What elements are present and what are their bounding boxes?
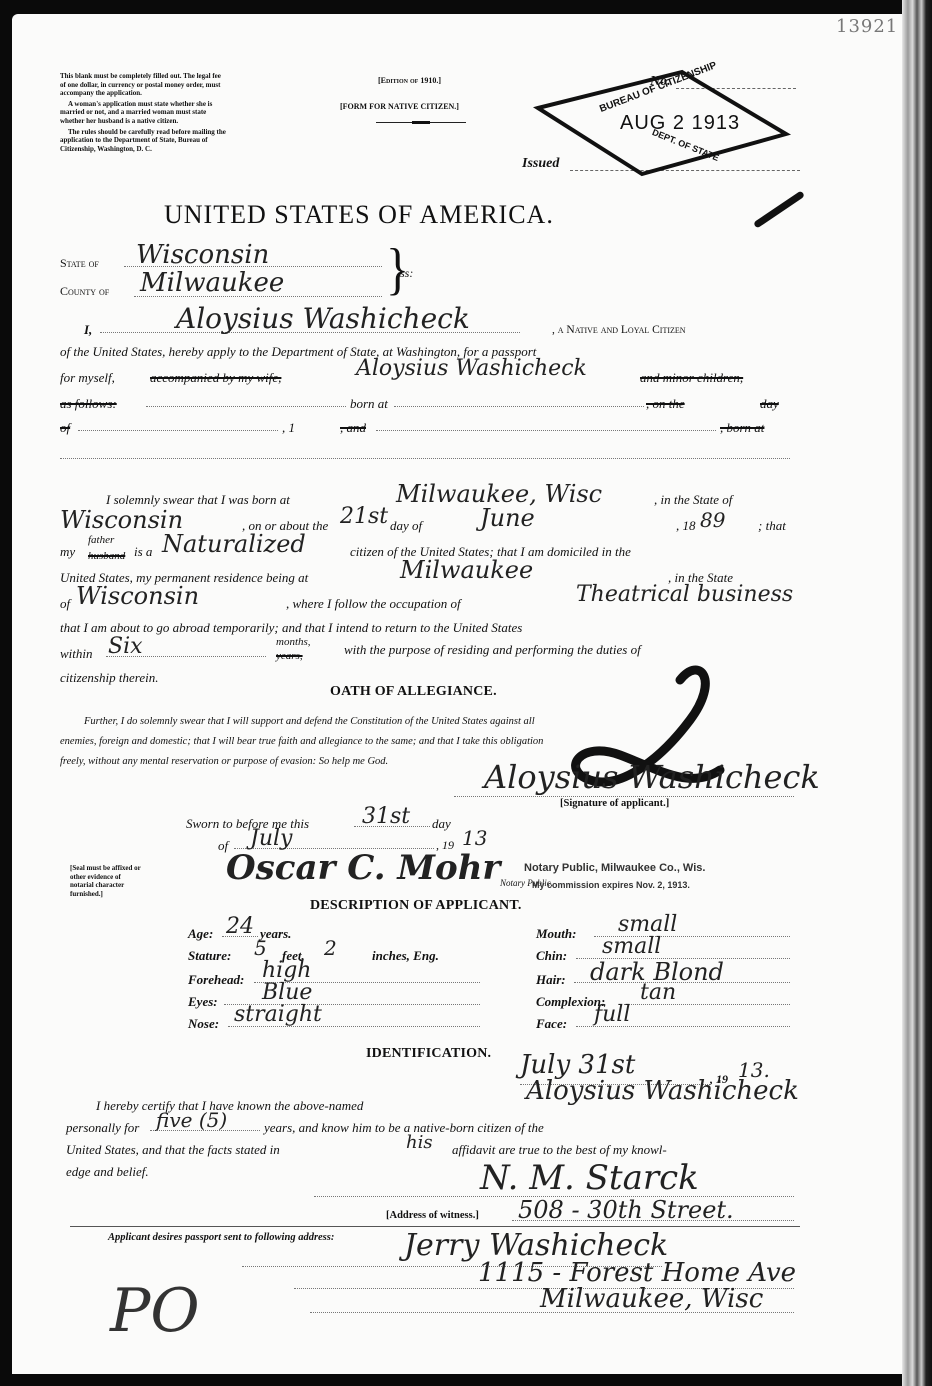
mailing-label: Applicant desires passport sent to follo… xyxy=(108,1232,334,1243)
child-birthplace-field xyxy=(394,406,644,407)
witness-address: 508 - 30th Street. xyxy=(518,1196,734,1224)
native-citizen-text: , a Native and Loyal Citizen xyxy=(552,324,686,336)
duration-field xyxy=(106,656,266,657)
is-a-label: is a xyxy=(134,544,152,560)
form-type-label: [FORM FOR NATIVE CITIZEN.] xyxy=(340,102,459,111)
applicant-name: Aloysius Washicheck xyxy=(176,302,470,335)
complexion-value: tan xyxy=(640,980,676,1005)
child-month-field xyxy=(78,430,278,431)
years-known: five (5) xyxy=(156,1108,227,1132)
age-value: 24 xyxy=(226,914,254,939)
notary-signature: Oscar C. Mohr xyxy=(226,848,500,888)
ss-label: ss: xyxy=(400,266,413,281)
father-label: father xyxy=(88,534,114,546)
one-label: , 1 xyxy=(282,420,295,436)
description-heading: DESCRIPTION OF APPLICANT. xyxy=(310,898,522,914)
second-child-field xyxy=(376,430,716,431)
nose-value: straight xyxy=(234,1002,322,1027)
identification-line-1: I hereby certify that I have known the a… xyxy=(96,1098,363,1114)
eyes-label: Eyes: xyxy=(188,994,218,1010)
residence: Milwaukee xyxy=(400,556,533,584)
mouth-label: Mouth: xyxy=(536,926,576,942)
file-number: 13921 xyxy=(836,16,898,37)
for-myself-text: for myself, xyxy=(60,370,115,386)
as-follows-struck: as follows: xyxy=(60,396,117,412)
day-of-label: day of xyxy=(390,518,422,534)
accompanied-struck: accompanied by my wife, xyxy=(150,370,281,386)
birth-day: 21st xyxy=(340,504,388,529)
year-prefix: , 18 xyxy=(676,518,696,534)
oath-line-2: enemies, foreign and domestic; that I wi… xyxy=(60,736,543,747)
wife-field-value: Aloysius Washicheck xyxy=(356,356,587,381)
identification-line-3a: United States, and that the facts stated… xyxy=(66,1142,280,1158)
of-label: of xyxy=(60,596,70,612)
oath-heading: OATH OF ALLEGIANCE. xyxy=(330,684,497,700)
section-divider xyxy=(70,1226,800,1227)
county-value: Milwaukee xyxy=(140,268,284,298)
seal-note: [Seal must be affixed or other evidence … xyxy=(70,864,142,898)
sworn-text-5: , where I follow the occupation of xyxy=(286,596,461,612)
months-label: months, xyxy=(276,636,311,648)
oath-line-3: freely, without any mental reservation o… xyxy=(60,756,388,767)
minor-children-struck: and minor children, xyxy=(640,370,743,386)
signature-label: [Signature of applicant.] xyxy=(560,798,669,809)
identification-line-2: years, and know him to be a native-born … xyxy=(264,1120,544,1136)
birth-year: 89 xyxy=(700,508,725,532)
extra-line-field xyxy=(60,458,790,459)
oath-line-1: Further, I do solemnly swear that I will… xyxy=(84,716,535,727)
instructions-notice: This blank must be completely filled out… xyxy=(60,72,228,155)
witness-address-label: [Address of witness.] xyxy=(386,1210,479,1221)
sworn-text-8: citizenship therein. xyxy=(60,670,158,686)
father-status: Naturalized xyxy=(162,530,306,558)
notary-stamp: Notary Public, Milwaukee Co., Wis. xyxy=(524,862,705,874)
commission-expires: My commission expires Nov. 2, 1913. xyxy=(532,880,690,890)
day-label: day xyxy=(432,816,451,832)
ornament-divider xyxy=(376,122,466,123)
born-at-struck: , born at xyxy=(720,420,764,436)
identification-heading: IDENTIFICATION. xyxy=(366,1046,491,1062)
within-label: within xyxy=(60,646,93,662)
initials-mark: PO xyxy=(110,1276,200,1346)
born-at-label: born at xyxy=(350,396,388,412)
hair-label: Hair: xyxy=(536,972,566,988)
sworn-year: 13 xyxy=(462,826,487,850)
that-label: ; that xyxy=(758,518,786,534)
forehead-label: Forehead: xyxy=(188,972,244,988)
on-the-struck: , on the xyxy=(646,396,685,412)
residence-state: Wisconsin xyxy=(76,582,199,610)
and-struck: , and xyxy=(340,420,366,436)
husband-struck: husband xyxy=(88,550,125,562)
occupation: Theatrical business xyxy=(576,582,793,607)
nose-label: Nose: xyxy=(188,1016,219,1032)
my-label: my xyxy=(60,544,75,560)
of-struck: of xyxy=(60,420,70,436)
sworn-day: 31st xyxy=(362,804,410,829)
edition-label: [Edition of 1910.] xyxy=(378,76,441,85)
child-name-field xyxy=(146,406,346,407)
personally-for-label: personally for xyxy=(66,1120,139,1136)
stature-label: Stature: xyxy=(188,948,231,964)
inches-value: 2 xyxy=(324,936,337,960)
chin-label: Chin: xyxy=(536,948,567,964)
inches-label: inches, Eng. xyxy=(372,948,439,964)
witness-signature: N. M. Starck xyxy=(480,1158,699,1198)
face-label: Face: xyxy=(536,1016,567,1032)
applicant-signature: Aloysius Washicheck xyxy=(484,758,820,796)
sworn-text-1b: , in the State of xyxy=(654,492,732,508)
feet-value: 5 xyxy=(254,936,267,960)
state-label: State of xyxy=(60,256,99,271)
county-label: County of xyxy=(60,284,109,299)
identified-name: Aloysius Washicheck xyxy=(526,1076,799,1106)
identification-line-3b: affidavit are true to the best of my kno… xyxy=(452,1142,667,1158)
day-struck: day xyxy=(760,396,779,412)
years-struck: years, xyxy=(276,650,303,662)
chin-value: small xyxy=(602,934,661,959)
mailing-line-3: Milwaukee, Wisc xyxy=(540,1284,763,1314)
age-label: Age: xyxy=(188,926,213,942)
state-value: Wisconsin xyxy=(136,240,269,270)
identification-line-4: edge and belief. xyxy=(66,1164,149,1180)
sworn-text-7: with the purpose of residing and perform… xyxy=(344,642,641,658)
face-value: full xyxy=(594,1002,630,1027)
signature-field xyxy=(454,796,794,797)
his-value: his xyxy=(406,1132,433,1153)
stamp-date: AUG 2 1913 xyxy=(620,112,740,135)
book-binding xyxy=(902,0,932,1386)
i-label: I, xyxy=(84,322,92,338)
birth-month: June xyxy=(480,504,535,532)
document-title: UNITED STATES OF AMERICA. xyxy=(164,200,554,230)
